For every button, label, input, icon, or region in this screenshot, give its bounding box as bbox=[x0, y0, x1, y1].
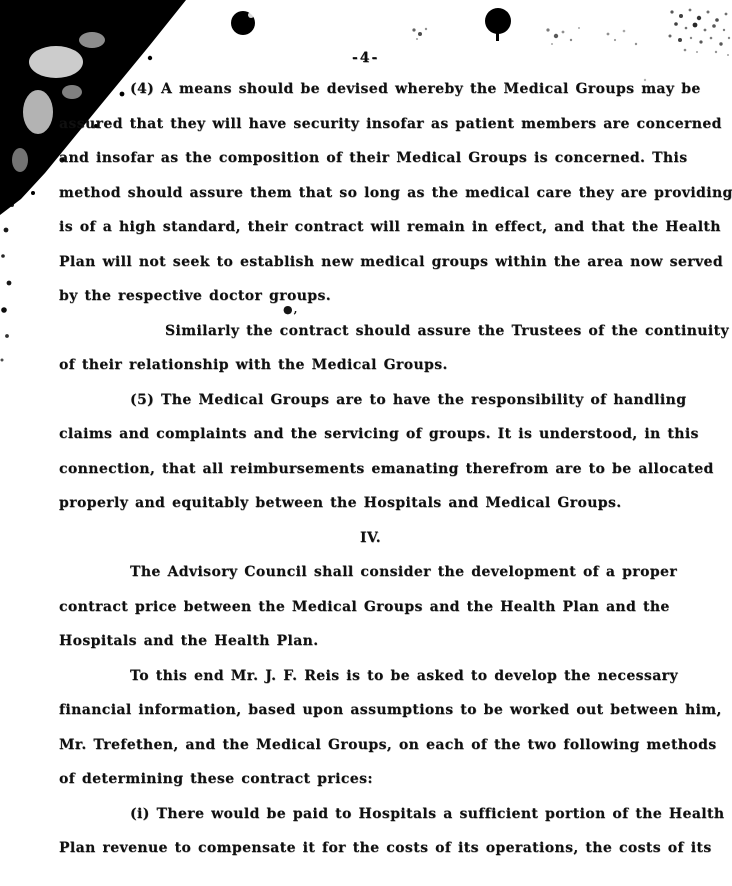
text-line: assured that they will have security ins… bbox=[59, 107, 722, 142]
text-line: method should assure them that so long a… bbox=[59, 176, 722, 211]
text-line: (4) A means should be devised whereby th… bbox=[59, 72, 722, 107]
text-line: Mr. Trefethen, and the Medical Groups, o… bbox=[59, 728, 722, 763]
text-line: by the respective doctor groups. bbox=[59, 279, 722, 314]
page-number: -4- bbox=[352, 50, 379, 66]
text-line: To this end Mr. J. F. Reis is to be aske… bbox=[59, 659, 722, 694]
scanned-document-page: -4- ●, (4) A means should be devised whe… bbox=[0, 0, 732, 886]
paragraph-4: (4) A means should be devised whereby th… bbox=[59, 72, 722, 314]
document-body: (4) A means should be devised whereby th… bbox=[59, 72, 722, 866]
text-line: connection, that all reimbursements eman… bbox=[59, 452, 722, 487]
paragraph-similarly: Similarly the contract should assure the… bbox=[59, 314, 722, 383]
text-line: Plan revenue to compensate it for the co… bbox=[59, 831, 722, 866]
text-line: (5) The Medical Groups are to have the r… bbox=[59, 383, 722, 418]
paragraph-i: (i) There would be paid to Hospitals a s… bbox=[59, 797, 722, 866]
text-line: of determining these contract prices: bbox=[59, 762, 722, 797]
text-line: properly and equitably between the Hospi… bbox=[59, 486, 722, 521]
text-line: Plan will not seek to establish new medi… bbox=[59, 245, 722, 280]
text-line: (i) There would be paid to Hospitals a s… bbox=[59, 797, 722, 832]
paragraph-advisory-council: The Advisory Council shall consider the … bbox=[59, 555, 722, 659]
paragraph-5: (5) The Medical Groups are to have the r… bbox=[59, 383, 722, 521]
text-line: The Advisory Council shall consider the … bbox=[59, 555, 722, 590]
text-line: and insofar as the composition of their … bbox=[59, 141, 722, 176]
speckle-cluster-top-right bbox=[669, 9, 731, 56]
text-line: of their relationship with the Medical G… bbox=[59, 348, 722, 383]
paragraph-to-this-end: To this end Mr. J. F. Reis is to be aske… bbox=[59, 659, 722, 797]
text-line: contract price between the Medical Group… bbox=[59, 590, 722, 625]
text-line: Hospitals and the Health Plan. bbox=[59, 624, 722, 659]
section-heading: IV. bbox=[59, 521, 722, 556]
text-line: claims and complaints and the servicing … bbox=[59, 417, 722, 452]
hole-punch-right bbox=[485, 8, 511, 41]
text-line: financial information, based upon assump… bbox=[59, 693, 722, 728]
text-line: Similarly the contract should assure the… bbox=[59, 314, 722, 349]
left-margin-specks bbox=[1, 203, 15, 362]
hole-punch-left bbox=[231, 11, 255, 35]
text-line: is of a high standard, their contract wi… bbox=[59, 210, 722, 245]
